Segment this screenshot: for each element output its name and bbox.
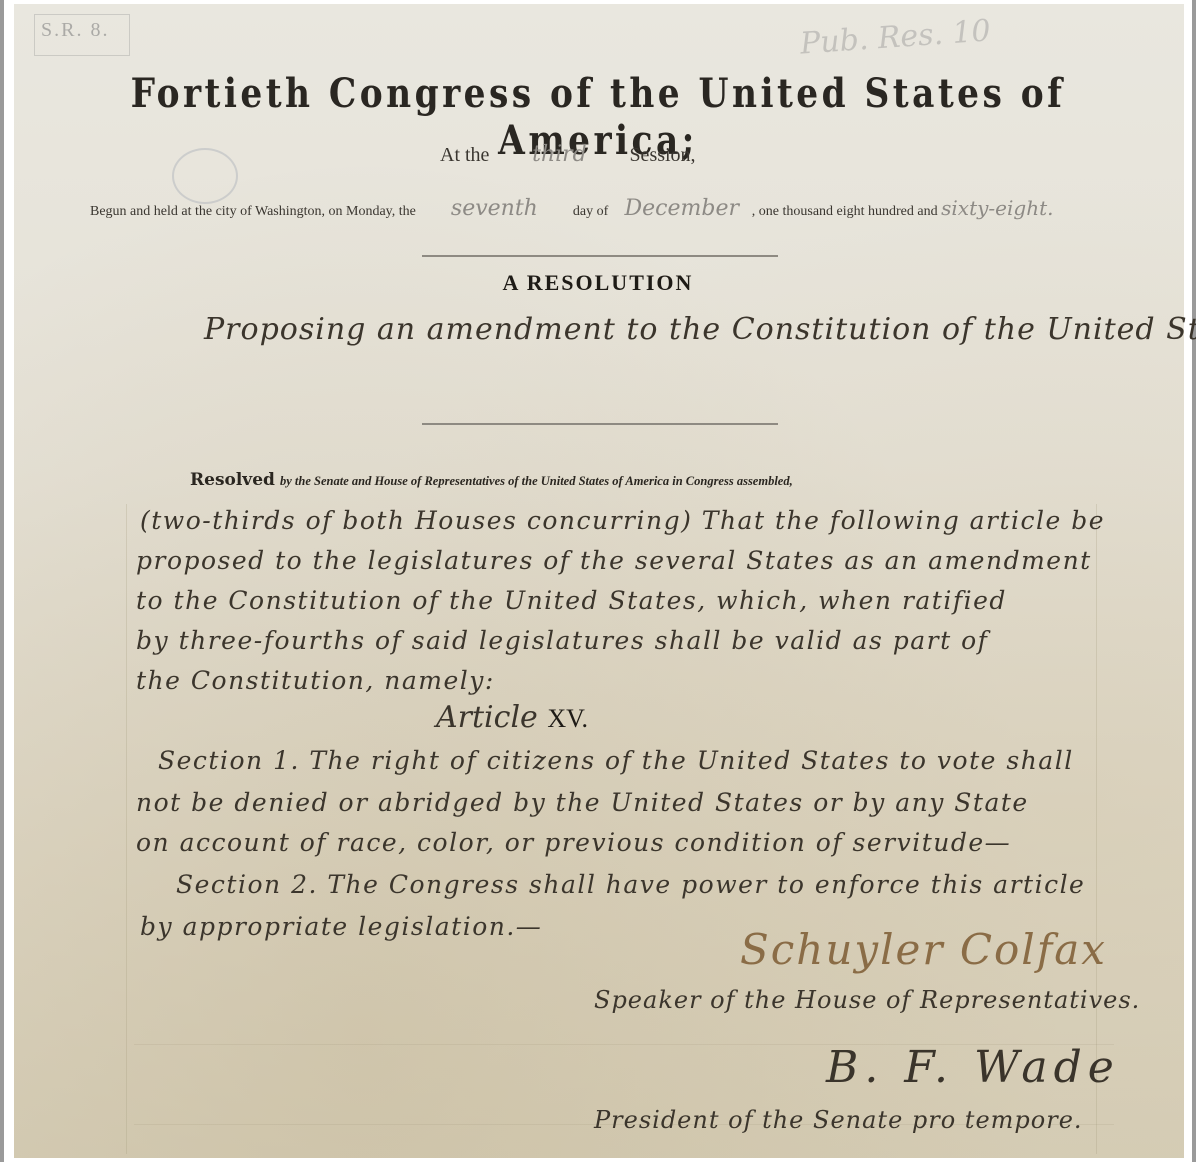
section-2-line: Section 2. The Congress shall have power… <box>176 870 1085 899</box>
section-2-line: by appropriate legislation.— <box>140 912 542 941</box>
day-fill: seventh <box>419 196 569 221</box>
filing-stamp: S.R. 8. <box>34 14 130 56</box>
day-of-label: day of <box>573 204 608 219</box>
image-frame-right <box>1192 0 1196 1162</box>
article-number: XV. <box>547 704 588 733</box>
divider-bottom <box>422 423 778 425</box>
resolution-purpose: Proposing an amendment to the Constituti… <box>204 312 1144 347</box>
month-fill: December <box>612 196 752 221</box>
speaker-title: Speaker of the House of Representatives. <box>594 986 1140 1014</box>
resolution-heading: A RESOLUTION <box>0 270 1196 296</box>
article-label: Article <box>436 700 538 735</box>
convened-line: Begun and held at the city of Washington… <box>90 196 1160 221</box>
session-suffix: Session, <box>629 144 695 166</box>
session-fill: third <box>494 142 624 167</box>
body-line: to the Constitution of the United States… <box>136 586 1007 615</box>
image-frame-left <box>0 0 4 1162</box>
enacting-clause: Resolved by the Senate and House of Repr… <box>190 470 793 490</box>
body-line: proposed to the legislatures of the seve… <box>136 546 1092 575</box>
body-line: the Constitution, namely: <box>136 666 495 695</box>
signature-president-pro-tem: B. F. Wade <box>826 1042 1120 1093</box>
enacting-clause-text: by the Senate and House of Representativ… <box>280 474 793 488</box>
body-line: (two-thirds of both Houses concurring) T… <box>140 506 1105 535</box>
article-heading: Article XV. <box>436 700 588 735</box>
resolved-word: Resolved <box>190 470 275 490</box>
divider-top <box>422 255 778 257</box>
body-line: by three-fourths of said legislatures sh… <box>136 626 988 655</box>
year-prefix: , one thousand eight hundred and <box>752 204 938 219</box>
margin-rule-left <box>126 504 127 1154</box>
session-prefix: At the <box>440 144 489 166</box>
convened-prefix: Begun and held at the city of Washington… <box>90 204 416 219</box>
president-pro-tem-title: President of the Senate pro tempore. <box>594 1106 1083 1134</box>
session-line: At the third Session, <box>440 142 696 167</box>
year-fill: sixty-eight. <box>941 196 1053 220</box>
section-1-line: on account of race, color, or previous c… <box>136 828 1011 857</box>
section-1-line: not be denied or abridged by the United … <box>136 788 1029 817</box>
section-1-line: Section 1. The right of citizens of the … <box>158 746 1074 775</box>
signature-speaker: Schuyler Colfax <box>740 925 1107 974</box>
